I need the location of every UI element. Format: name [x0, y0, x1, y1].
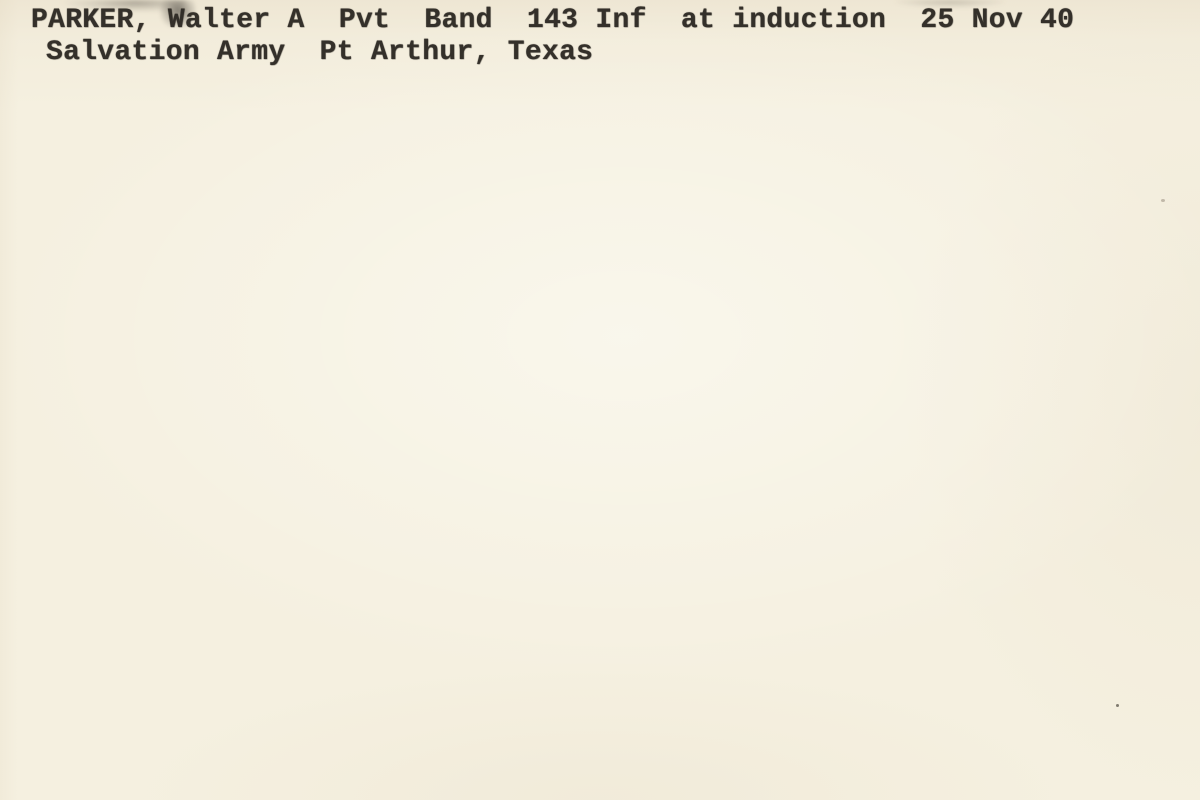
paper-speck: [1116, 704, 1119, 707]
paper-speck: [1161, 199, 1165, 202]
scanned-index-card: PARKER, Walter A Pvt Band 143 Inf at ind…: [0, 0, 1200, 800]
typed-line-2: Salvation Army Pt Arthur, Texas: [46, 39, 593, 67]
typed-line-1: PARKER, Walter A Pvt Band 143 Inf at ind…: [31, 7, 1074, 35]
